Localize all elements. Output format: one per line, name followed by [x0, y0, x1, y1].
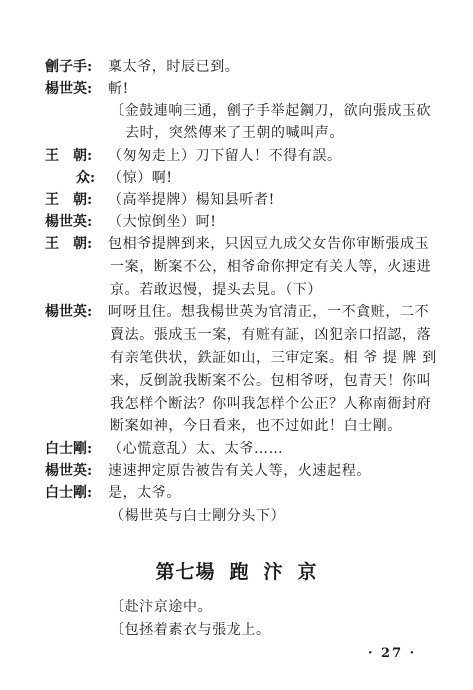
scene-title-char: 跑: [229, 561, 249, 583]
dialogue-text: 我怎样个断法？你叫我怎样个公正？人称南衙封府: [110, 393, 431, 415]
scene-title-char: 京: [298, 561, 318, 583]
speaker-name: 白士剛:: [45, 438, 109, 460]
dialogue-text: 断案如神，今日看来，也不过如此！白士剛。: [110, 415, 402, 437]
stage-direction-text: 〔赴汴京途中。: [110, 596, 212, 618]
speaker-name: 白士剛:: [45, 482, 109, 504]
speaker-name: 王 朝:: [45, 233, 109, 255]
dialogue-text: （匆匆走上）刀下留人！不得有誤。: [108, 145, 342, 167]
dialogue-text: （大惊倒坐）呵!: [108, 211, 216, 233]
dialogue-text: 賣法。張成玉一案，有赃有証，凶犯亲口招認，落: [110, 324, 431, 346]
stage-direction-text: 〔包拯着素衣与張龙上。: [110, 619, 271, 641]
dialogue-text: （惊）啊!: [108, 167, 173, 189]
dialogue-text: 有亲笔供状，鉄証如山，三审定案。相 爷 提 牌 到: [110, 347, 437, 369]
scene-title-char: 汴: [264, 561, 284, 583]
dialogue-text: 来，反倒說我断案不公。包相爷呀，包青天！你叫: [110, 370, 431, 392]
dialogue-text: （心慌意乱）太、太爷……: [108, 438, 283, 460]
stage-direction-text: （楊世英与白士剛分头下）: [110, 505, 285, 527]
speaker-name: 王 朝:: [45, 145, 109, 167]
dialogue-text: 稟太爷，时辰已到。: [108, 56, 239, 78]
dialogue-text: 呵呀且住。想我楊世英为官清正，一不貪赃，二不: [108, 301, 429, 323]
speaker-name: 楊世英:: [45, 301, 109, 323]
script-page: 劊子手: 稟太爷，时辰已到。 楊世英: 斬! 〔金鼓連响三通，劊子手举起鋼刀，欲…: [0, 0, 473, 690]
dialogue-text: 速速押定原告被告有关人等，火速起程。: [108, 460, 371, 482]
speaker-name: 王 朝:: [45, 189, 109, 211]
dialogue-text: 一案，断案不公，相爷命你押定有关人等，火速进: [110, 256, 431, 278]
speaker-name: 楊世英:: [45, 211, 109, 233]
speaker-name: 楊世英:: [45, 78, 109, 100]
dialogue-text: 斬!: [108, 78, 129, 100]
dialogue-text: （高举提牌）楊知县听者!: [108, 189, 275, 211]
scene-heading: 第七場跑汴京: [0, 557, 473, 584]
dialogue-text: 是，太爷。: [108, 482, 181, 504]
scene-number: 第七場: [155, 561, 215, 583]
dialogue-text: 京。若敢迟慢，提头去見。（下）: [110, 279, 322, 301]
dialogue-text: 包相爷提牌到来，只因豆九成父女告你审断張成玉: [108, 233, 429, 255]
speaker-name: 楊世英:: [45, 460, 109, 482]
stage-direction-text: 〔金鼓連响三通，劊子手举起鋼刀，欲向張成玉砍: [110, 100, 431, 122]
stage-direction-text: 去时，突然傳来了王朝的喊叫声。: [125, 122, 344, 144]
page-number: · 27 ·: [368, 646, 416, 661]
speaker-name: 劊子手:: [45, 56, 109, 78]
